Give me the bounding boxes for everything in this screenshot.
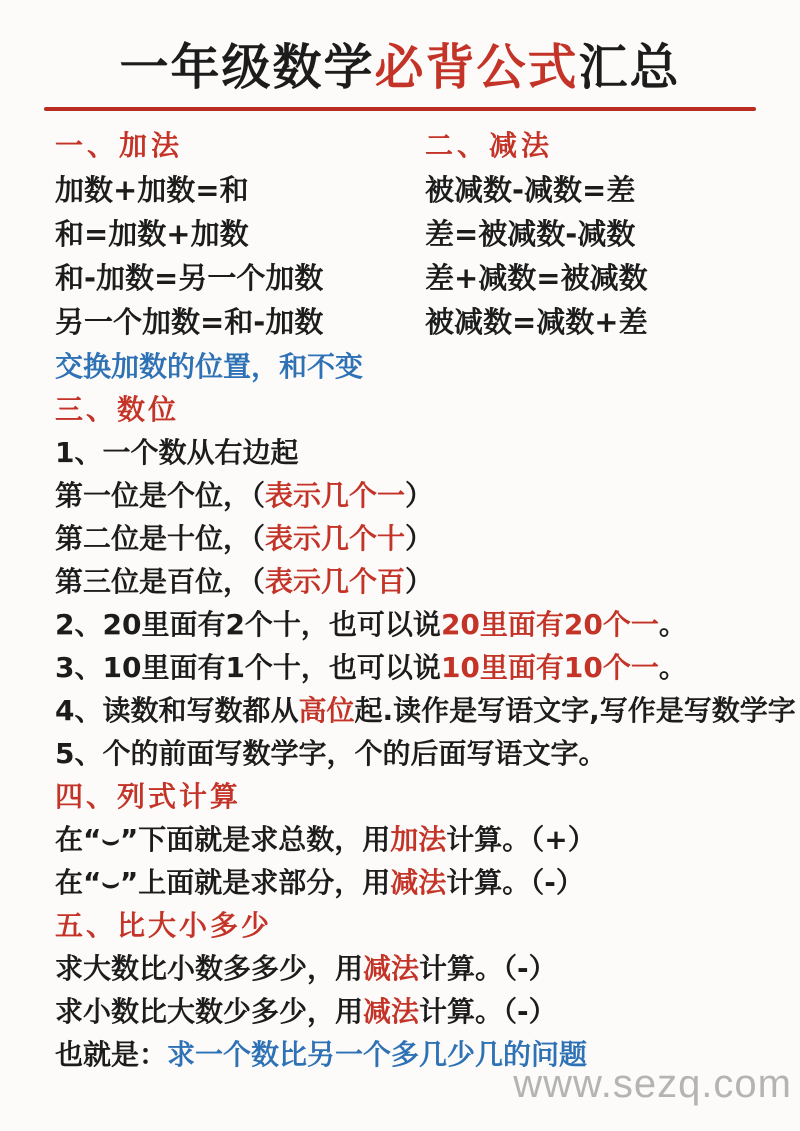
section-heading: 五、比大小多少	[55, 904, 800, 947]
document-page: 一年级数学必背公式汇总 一、加法加数+加数=和和=加数+加数和-加数=另一个加数…	[0, 0, 800, 1131]
text-line: 5、个的前面写数学字，个的后面写语文字。	[55, 732, 800, 775]
title-segment: 汇总	[579, 39, 681, 96]
text-segment: 起.读作是写语文字,写作是写数学字	[355, 694, 796, 727]
text-segment: 计算。（-）	[446, 866, 584, 899]
text-segment: 3、10里面有1个十，也可以说	[55, 651, 441, 684]
text-segment: 表示几个百	[265, 565, 405, 598]
text-segment: 。	[659, 608, 687, 641]
formula-row: 被减数=减数+差	[425, 300, 800, 344]
text-line: 第三位是百位，（表示几个百）	[55, 560, 800, 603]
formula-row: 加数+加数=和	[55, 168, 425, 212]
text-segment: 4、读数和写数都从	[55, 694, 298, 727]
watermark: www.sezq.com	[513, 1062, 792, 1107]
text-segment: 减法	[390, 866, 446, 899]
text-segment: 计算。（+）	[446, 823, 595, 856]
text-segment: 表示几个十	[265, 522, 405, 555]
text-line: 4、读数和写数都从高位起.读作是写语文字,写作是写数学字	[55, 689, 800, 732]
text-segment: 表示几个一	[265, 479, 405, 512]
text-segment: 2、20里面有2个十，也可以说	[55, 608, 441, 641]
section-heading: 四、列式计算	[55, 775, 800, 818]
formula-row: 和-加数=另一个加数	[55, 256, 425, 300]
formula-row: 另一个加数=和-加数	[55, 300, 425, 344]
formula-column-1: 一、加法加数+加数=和和=加数+加数和-加数=另一个加数另一个加数=和-加数	[55, 124, 425, 344]
text-line: 2、20里面有2个十，也可以说20里面有20个一。	[55, 603, 800, 646]
text-segment: 交换加数的位置，和不变	[55, 350, 363, 383]
text-line: 在“⌣”上面就是求部分，用减法计算。（-）	[55, 861, 800, 904]
formula-row: 差+减数=被减数	[425, 256, 800, 300]
column-header: 一、加法	[55, 124, 425, 168]
formula-columns: 一、加法加数+加数=和和=加数+加数和-加数=另一个加数另一个加数=和-加数二、…	[0, 124, 800, 344]
formula-column-2: 二、减法被减数-减数=差差=被减数-减数差+减数=被减数被减数=减数+差	[425, 124, 800, 344]
text-segment: 第三位是百位，（	[55, 565, 265, 598]
title-segment: 一年级数学	[119, 39, 374, 96]
text-line: 第二位是十位，（表示几个十）	[55, 517, 800, 560]
text-segment: 在“⌣”下面就是求总数，用	[55, 823, 390, 856]
text-segment: ）	[405, 479, 433, 512]
formula-row: 差=被减数-减数	[425, 212, 800, 256]
formula-row: 和=加数+加数	[55, 212, 425, 256]
text-segment: ）	[405, 565, 433, 598]
text-line: 求小数比大数少多少，用减法计算。（-）	[55, 990, 800, 1033]
formula-row: 被减数-减数=差	[425, 168, 800, 212]
text-segment: 在“⌣”上面就是求部分，用	[55, 866, 390, 899]
text-segment: 求大数比小数多多少，用	[55, 952, 363, 985]
text-segment: 求小数比大数少多少，用	[55, 995, 363, 1028]
text-segment: 加法	[390, 823, 446, 856]
column-header: 二、减法	[425, 124, 800, 168]
text-segment: 三、数位	[55, 393, 179, 426]
section-heading: 三、数位	[55, 388, 800, 431]
text-segment: 。	[659, 651, 687, 684]
body-lines: 交换加数的位置，和不变三、数位1、一个数从右边起第一位是个位，（表示几个一）第二…	[0, 345, 800, 1076]
text-segment: 四、列式计算	[55, 780, 241, 813]
text-segment: 10里面有10个一	[441, 651, 659, 684]
text-line: 在“⌣”下面就是求总数，用加法计算。（+）	[55, 818, 800, 861]
text-line: 求大数比小数多多少，用减法计算。（-）	[55, 947, 800, 990]
text-segment: ）	[405, 522, 433, 555]
text-line: 3、10里面有1个十，也可以说10里面有10个一。	[55, 646, 800, 689]
text-segment: 计算。（-）	[419, 995, 557, 1028]
text-segment: 高位	[298, 694, 354, 727]
text-segment: 5、个的前面写数学字，个的后面写语文字。	[55, 737, 607, 770]
text-segment: 减法	[363, 952, 419, 985]
text-segment: 也就是：	[55, 1038, 167, 1071]
text-segment: 20里面有20个一	[441, 608, 659, 641]
text-segment: 减法	[363, 995, 419, 1028]
text-segment: 计算。（-）	[419, 952, 557, 985]
text-line: 1、一个数从右边起	[55, 431, 800, 474]
title-divider	[44, 107, 756, 111]
text-line: 第一位是个位，（表示几个一）	[55, 474, 800, 517]
text-segment: 第一位是个位，（	[55, 479, 265, 512]
text-line: 交换加数的位置，和不变	[55, 345, 800, 388]
title-segment: 必背公式	[374, 39, 578, 96]
text-segment: 1、一个数从右边起	[55, 436, 298, 469]
text-segment: 五、比大小多少	[55, 909, 272, 942]
page-title: 一年级数学必背公式汇总	[0, 32, 800, 103]
text-segment: 第二位是十位，（	[55, 522, 265, 555]
